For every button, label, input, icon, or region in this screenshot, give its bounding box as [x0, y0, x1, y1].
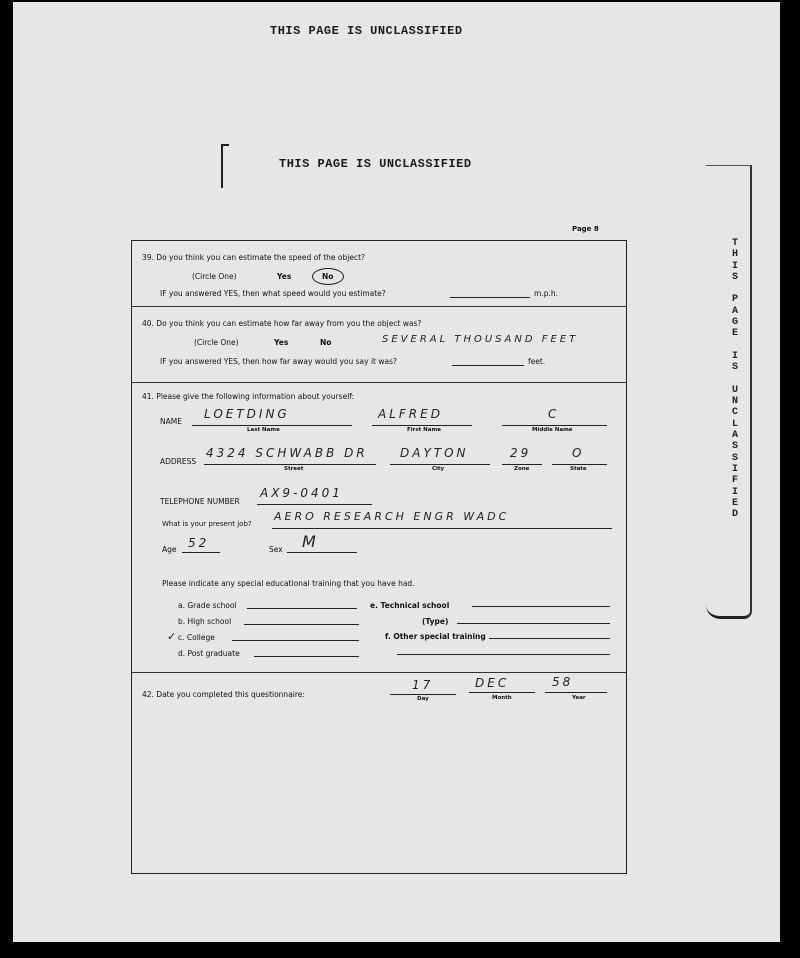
sex-field[interactable] [287, 552, 357, 553]
month-value: DEC [475, 676, 509, 690]
q40-yes-option[interactable]: Yes [274, 338, 288, 347]
street-value: 4324 SCHWABB DR [206, 446, 368, 460]
street-field[interactable] [204, 464, 376, 465]
first-name-field[interactable] [372, 425, 472, 426]
q39-no-circled-mark [312, 268, 344, 285]
question-42-section: 42. Date you completed this questionnair… [132, 672, 626, 872]
q39-circle-one: (Circle One) [192, 272, 237, 281]
state-field[interactable] [552, 464, 607, 465]
q39-speed-field[interactable] [450, 297, 530, 298]
high-school-field[interactable] [244, 624, 359, 625]
type-label: (Type) [422, 617, 448, 626]
sex-label: Sex [269, 545, 283, 554]
post-graduate-field[interactable] [254, 656, 359, 657]
sex-value: M [302, 532, 319, 551]
telephone-field[interactable] [257, 504, 372, 505]
question-39-section: 39. Do you think you can estimate the sp… [132, 241, 626, 307]
side-classification-banner: THIS PAGE IS UNCLASSIFIED [728, 238, 742, 520]
state-caption: State [570, 466, 587, 472]
college-check-mark: ✓ [167, 630, 176, 643]
year-value: 58 [552, 675, 573, 689]
zone-field[interactable] [502, 464, 542, 465]
middle-name-caption: Middle Name [532, 427, 573, 433]
day-field[interactable] [390, 694, 456, 695]
age-value: 52 [188, 536, 209, 550]
job-value: AERO RESEARCH ENGR WADC [274, 510, 509, 523]
grade-school-field[interactable] [247, 608, 357, 609]
q40-handwritten-note: SEVERAL THOUSAND FEET [382, 334, 578, 345]
month-field[interactable] [469, 692, 535, 693]
college-field[interactable] [232, 640, 359, 641]
first-name-value: ALFRED [378, 407, 443, 421]
q41-question: 41. Please give the following informatio… [142, 392, 354, 401]
zone-value: 29 [510, 446, 531, 460]
year-field[interactable] [545, 692, 607, 693]
q39-question: 39. Do you think you can estimate the sp… [142, 253, 365, 262]
education-item-college: c. College [178, 633, 215, 642]
year-caption: Year [572, 695, 586, 701]
address-label: ADDRESS [160, 457, 196, 466]
day-caption: Day [417, 696, 429, 702]
age-field[interactable] [182, 552, 220, 553]
telephone-value: AX9-0401 [260, 486, 343, 500]
corner-bracket-mark [221, 144, 229, 188]
education-item-high-school: b. High school [178, 617, 231, 626]
q39-unit: m.p.h. [534, 289, 558, 298]
first-name-caption: First Name [407, 427, 441, 433]
q40-circle-one: (Circle One) [194, 338, 239, 347]
month-caption: Month [492, 695, 512, 701]
other-training-field[interactable] [489, 638, 610, 639]
last-name-caption: Last Name [247, 427, 280, 433]
middle-name-field[interactable] [502, 425, 607, 426]
question-40-section: 40. Do you think you can estimate how fa… [132, 306, 626, 383]
technical-school-field[interactable] [472, 606, 610, 607]
age-label: Age [162, 545, 177, 554]
telephone-label: TELEPHONE NUMBER [160, 497, 240, 506]
education-item-post-graduate: d. Post graduate [178, 649, 240, 658]
other-training-label: f. Other special training [385, 632, 486, 641]
state-value: O [572, 446, 584, 460]
q40-distance-field[interactable] [452, 365, 524, 366]
last-name-field[interactable] [192, 425, 352, 426]
top-classification-banner: THIS PAGE IS UNCLASSIFIED [270, 24, 463, 38]
education-prompt: Please indicate any special educational … [162, 579, 415, 588]
city-field[interactable] [390, 464, 490, 465]
day-value: 17 [412, 678, 433, 692]
type-field[interactable] [457, 623, 610, 624]
q40-no-option[interactable]: No [320, 338, 331, 347]
name-label: NAME [160, 417, 182, 426]
job-field[interactable] [272, 528, 612, 529]
q40-unit: feet. [528, 357, 545, 366]
street-caption: Street [284, 466, 303, 472]
city-value: DAYTON [400, 446, 469, 460]
job-label: What is your present job? [162, 520, 252, 528]
other-training-field-2[interactable] [397, 654, 610, 655]
question-41-section: 41. Please give the following informatio… [132, 382, 626, 673]
q39-followup: IF you answered YES, then what speed wou… [160, 289, 386, 298]
city-caption: City [432, 466, 444, 472]
q40-question: 40. Do you think you can estimate how fa… [142, 319, 421, 328]
q39-yes-option[interactable]: Yes [277, 272, 291, 281]
q40-followup: IF you answered YES, then how far away w… [160, 357, 397, 366]
education-item-grade-school: a. Grade school [178, 601, 237, 610]
last-name-value: LOETDING [204, 407, 290, 421]
technical-school-label: e. Technical school [370, 601, 449, 610]
page-number: Page 8 [572, 225, 599, 233]
questionnaire-form: 39. Do you think you can estimate the sp… [131, 240, 627, 874]
q42-question: 42. Date you completed this questionnair… [142, 690, 305, 699]
middle-name-value: C [548, 407, 559, 421]
second-classification-banner: THIS PAGE IS UNCLASSIFIED [279, 157, 472, 171]
zone-caption: Zone [514, 466, 529, 472]
